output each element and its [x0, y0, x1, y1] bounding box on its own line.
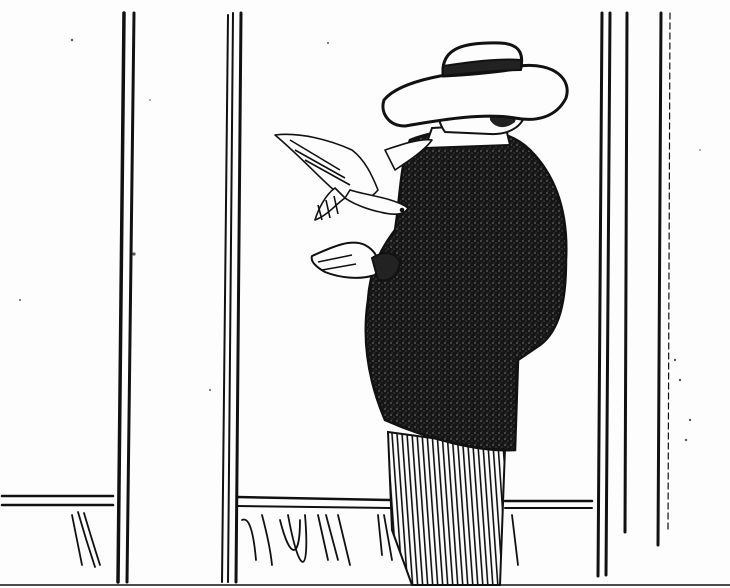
man-jacket — [366, 129, 567, 450]
window-frame — [0, 13, 730, 585]
man-hat — [383, 43, 567, 126]
illustration: A man in a wide-brimmed hat, round spect… — [0, 0, 730, 588]
man-trousers — [388, 432, 505, 585]
illustration-canvas — [0, 0, 730, 588]
